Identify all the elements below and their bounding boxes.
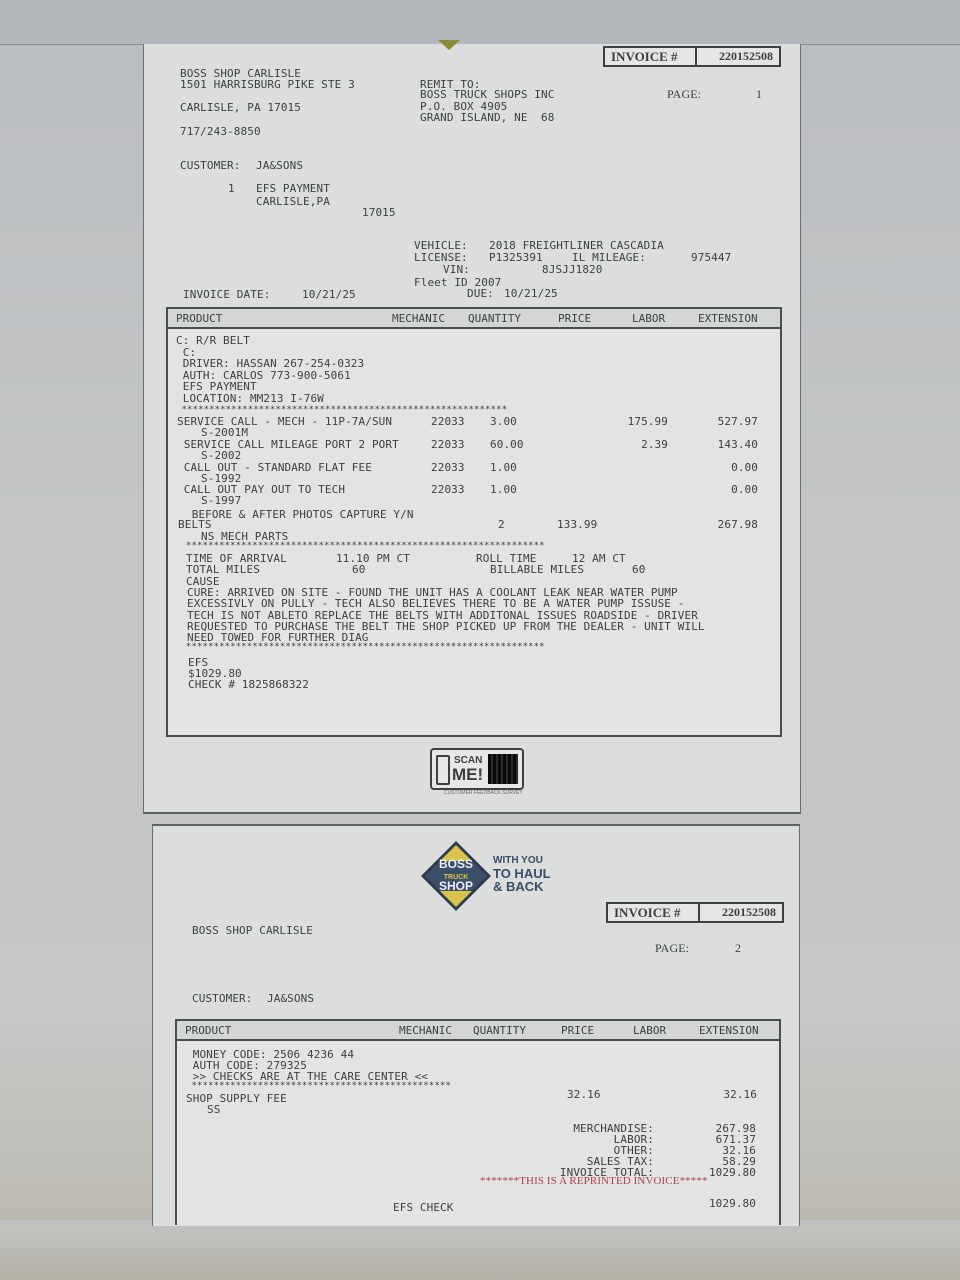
line-item-mechanic: 22033	[431, 484, 465, 495]
col-quantity: QUANTITY	[468, 313, 521, 324]
col-product: PRODUCT	[176, 313, 222, 324]
col-price: PRICE	[558, 313, 591, 324]
line-item-quantity: 1.00	[490, 484, 517, 495]
customer-name-2: JA&SONS	[267, 993, 314, 1004]
line-item-extension: 143.40	[700, 439, 758, 450]
background-top	[0, 0, 960, 45]
shop-supply-product: SHOP SUPPLY FEE	[186, 1093, 287, 1104]
separator-stars: ****************************************…	[186, 541, 545, 552]
line-item-labor: 2.39	[610, 439, 668, 450]
photos-line: BEFORE & AFTER PHOTOS CAPTURE Y/N	[185, 509, 414, 520]
invoice-number: 220152508	[697, 48, 779, 65]
shop-phone: 717/243-8850	[180, 126, 261, 137]
line-item-product: CALL OUT - STANDARD FLAT FEE	[177, 462, 372, 473]
arrival-time: 11.10 PM CT	[336, 553, 410, 564]
shop-city: CARLISLE, PA 17015	[180, 102, 301, 113]
due-label: DUE:	[467, 288, 494, 299]
line-item-quantity: 60.00	[490, 439, 524, 450]
invoice-number-2: 220152508	[700, 904, 782, 921]
vin-label: VIN:	[443, 264, 470, 275]
page-label-2: PAGE:	[655, 943, 689, 954]
cure-line: EXCESSIVLY ON PULLY - TECH ALSO BELIEVES…	[187, 598, 684, 609]
invoice-label: INVOICE #	[605, 48, 697, 65]
vehicle-value: 2018 FREIGHTLINER CASCADIA	[489, 240, 664, 251]
scan-caption: CUSTOMER FEEDBACK SURVEY	[444, 790, 523, 796]
svg-text:SHOP: SHOP	[439, 879, 473, 893]
mileage-label: IL MILEAGE:	[572, 252, 646, 263]
table-header: PRODUCT MECHANIC QUANTITY PRICE LABOR EX…	[168, 309, 780, 329]
line-item-code: S-2001M	[201, 427, 248, 438]
check-number: CHECK # 1825868322	[188, 679, 309, 690]
line-item-mechanic: 22033	[431, 462, 465, 473]
note-line: AUTH: CARLOS 773-900-5061	[176, 370, 351, 381]
col-price-2: PRICE	[561, 1025, 594, 1036]
due-date: 10/21/25	[504, 288, 558, 299]
vehicle-label: VEHICLE:	[414, 240, 468, 251]
customer-line2: CARLISLE,PA	[256, 196, 330, 207]
line-item-extension: 0.00	[700, 462, 758, 473]
invoice-number-box: INVOICE # 220152508	[603, 46, 781, 67]
note-line: DRIVER: HASSAN 267-254-0323	[176, 358, 364, 369]
line-item-extension: 527.97	[700, 416, 758, 427]
tagline: WITH YOU TO HAUL & BACK	[493, 854, 551, 893]
total-miles-label: TOTAL MILES	[186, 564, 260, 575]
arrow-marker-icon	[438, 40, 460, 50]
invoice-label-2: INVOICE #	[608, 904, 700, 921]
note-line: ****************************************…	[186, 1081, 451, 1092]
col-mechanic: MECHANIC	[392, 313, 445, 324]
line-item-quantity: 3.00	[490, 416, 517, 427]
remit-name: BOSS TRUCK SHOPS INC	[420, 89, 554, 100]
col-extension-2: EXTENSION	[699, 1025, 759, 1036]
license-label: LICENSE:	[414, 252, 468, 263]
customer-zip: 17015	[362, 207, 396, 218]
shop-name-2: BOSS SHOP CARLISLE	[192, 925, 313, 936]
billable-label: BILLABLE MILES	[490, 564, 584, 575]
mileage-value: 975447	[691, 252, 731, 263]
note-line: C:	[176, 347, 196, 358]
note-line: LOCATION: MM213 I-76W	[176, 393, 324, 404]
cure-line: TECH IS NOT ABLETO REPLACE THE BELTS WIT…	[187, 610, 698, 621]
note-line: EFS PAYMENT	[176, 381, 257, 392]
background-desk	[0, 1220, 960, 1280]
col-mechanic-2: MECHANIC	[399, 1025, 452, 1036]
line-item-code: S-2002	[201, 450, 241, 461]
license-value: P1325391	[489, 252, 543, 263]
invoice-number-box-2: INVOICE # 220152508	[606, 902, 784, 923]
vin-value: 8JSJJ1820	[542, 264, 603, 275]
belts-extension: 267.98	[700, 519, 758, 530]
col-extension: EXTENSION	[698, 313, 758, 324]
payment-value: 1029.80	[690, 1198, 756, 1209]
customer-name: JA&SONS	[256, 160, 303, 171]
tagline-3: & BACK	[493, 880, 551, 893]
table-header-2: PRODUCT MECHANIC QUANTITY PRICE LABOR EX…	[177, 1021, 779, 1041]
line-item-extension: 0.00	[700, 484, 758, 495]
shop-supply-code: SS	[207, 1104, 220, 1115]
invoice-date: 10/21/25	[302, 289, 356, 300]
customer-label-2: CUSTOMER:	[192, 993, 253, 1004]
line-item-mechanic: 22033	[431, 439, 465, 450]
boss-truck-shop-logo: BOSS TRUCK SHOP	[420, 840, 492, 912]
payment-label: EFS CHECK	[393, 1202, 454, 1213]
belts-product: BELTS	[178, 519, 212, 530]
shop-supply-price: 32.16	[567, 1089, 601, 1100]
scan-me-qr-badge[interactable]: SCAN ME!	[430, 748, 524, 790]
page-label: PAGE:	[667, 89, 701, 100]
me-label: ME!	[452, 765, 483, 785]
total-miles: 60	[352, 564, 365, 575]
line-item-code: S-1992	[201, 473, 241, 484]
phone-icon	[436, 755, 450, 785]
billable-miles: 60	[632, 564, 645, 575]
note-line: >> CHECKS ARE AT THE CARE CENTER <<	[186, 1071, 428, 1082]
separator-stars-2: ****************************************…	[186, 642, 545, 653]
belts-quantity: 2	[498, 519, 505, 530]
page-number: 1	[756, 89, 762, 100]
note-line: ****************************************…	[176, 405, 507, 416]
customer-line-no: 1	[228, 183, 235, 194]
svg-text:BOSS: BOSS	[439, 857, 473, 871]
page-number-2: 2	[735, 943, 741, 954]
col-product-2: PRODUCT	[185, 1025, 231, 1036]
note-line: C: R/R BELT	[176, 335, 250, 346]
reprint-notice: *******THIS IS A REPRINTED INVOICE*****	[480, 1176, 708, 1187]
invoice-date-label: INVOICE DATE:	[183, 289, 270, 300]
col-quantity-2: QUANTITY	[473, 1025, 526, 1036]
belts-price: 133.99	[557, 519, 597, 530]
qr-code-icon	[488, 754, 518, 784]
line-item-code: S-1997	[201, 495, 241, 506]
col-labor: LABOR	[632, 313, 665, 324]
customer-label: CUSTOMER:	[180, 160, 241, 171]
shop-address: 1501 HARRISBURG PIKE STE 3	[180, 79, 355, 90]
col-labor-2: LABOR	[633, 1025, 666, 1036]
customer-line1: EFS PAYMENT	[256, 183, 330, 194]
line-item-labor: 175.99	[610, 416, 668, 427]
shop-supply-extension: 32.16	[700, 1089, 757, 1100]
remit-city: GRAND ISLAND, NE 68	[420, 112, 554, 123]
line-item-quantity: 1.00	[490, 462, 517, 473]
line-item-mechanic: 22033	[431, 416, 465, 427]
